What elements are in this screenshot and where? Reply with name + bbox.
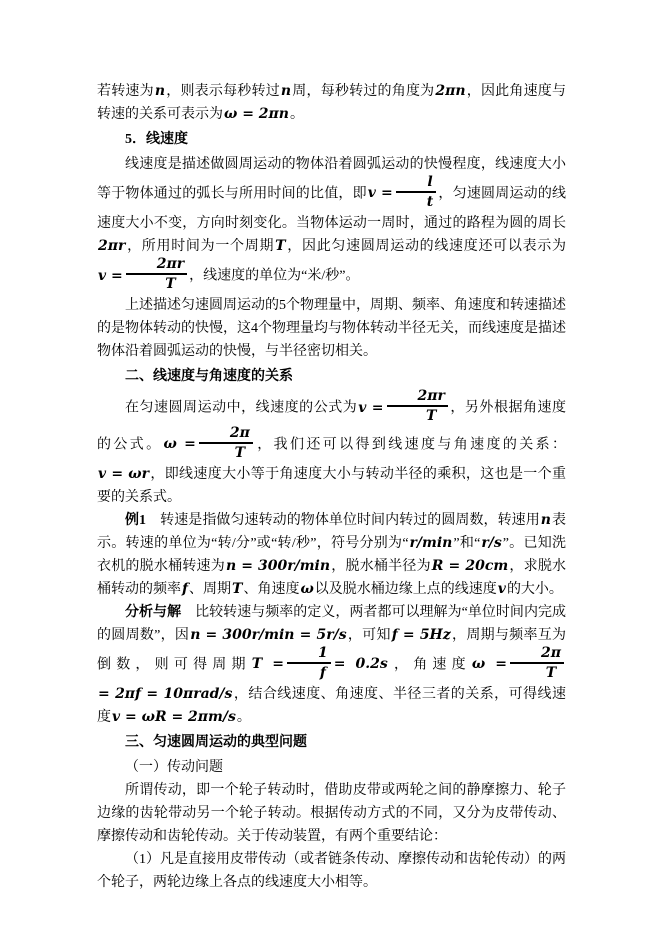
paragraph: 在匀速圆周运动中，线速度的公式为v =2πrT，另外根据角速度的公式。ω =2π… — [97, 390, 566, 508]
math-inline: f = 5Hz — [391, 627, 452, 643]
text-run: ，我们还可以得到线速度与角速度的关系： — [255, 437, 566, 452]
fraction-denominator: t — [396, 191, 436, 210]
text-run: （一）传动问题 — [125, 760, 223, 775]
document-page: 若转速为n，则表示每秒转过n周，每秒转过的角度为2πn，因此角速度与转速的关系可… — [0, 0, 661, 935]
bold-text-run: 5．线速度 — [125, 132, 188, 147]
bold-text-run: 三、匀速圆周运动的典型问题 — [125, 735, 307, 750]
fraction-denominator: T — [387, 405, 448, 424]
text-run: ，即线速度大小等于角速度大小与转动半径的乘积，这也是一个重要的关系式。 — [97, 467, 566, 505]
fraction-numerator: 2π — [199, 425, 253, 442]
fraction-denominator: T — [510, 662, 564, 681]
paragraph: 线速度是描述做圆周运动的物体沿着圆弧运动的快慢程度，线速度大小等于物体通过的弧长… — [97, 153, 566, 294]
text-run: 上述描述匀速圆周运动的5个物理量中，周期、频率、角速度和转速描述的是物体转动的快… — [97, 298, 566, 359]
fraction-numerator: 2π — [510, 645, 564, 662]
text-run: 转速是指做匀速转动的物体单位时间内转过的圆周数，转速用 — [146, 513, 540, 528]
text-run: ，可知 — [348, 628, 391, 643]
fraction-numerator: 1 — [287, 645, 331, 662]
math-inline: n = 300r/min = 5r/s — [189, 627, 347, 643]
paragraph: 若转速为n，则表示每秒转过n周，每秒转过的角度为2πn，因此角速度与转速的关系可… — [97, 80, 566, 126]
math-fraction: 2πrT — [387, 388, 448, 424]
document-body: 若转速为n，则表示每秒转过n周，每秒转过的角度为2πn，因此角速度与转速的关系可… — [97, 80, 566, 894]
paragraph: 所谓传动，即一个轮子转动时，借助皮带或两轮之间的静摩擦力、轮子边缘的齿轮带动另一… — [97, 779, 566, 848]
math-fraction: 1f — [287, 645, 331, 681]
fraction-denominator: f — [287, 662, 331, 681]
text-run: 。 — [237, 710, 251, 725]
math-inline: v = — [367, 185, 394, 201]
math-inline: r/min — [409, 535, 454, 551]
math-inline: v — [497, 581, 507, 597]
text-run: 、角速度 — [243, 582, 299, 597]
text-run: ，线速度的单位为“米/秒”。 — [189, 269, 359, 284]
math-inline: 2πr — [97, 238, 126, 254]
section-heading: 二、线速度与角速度的关系 — [97, 365, 566, 388]
fraction-numerator: l — [396, 174, 436, 191]
text-run: 周，每秒转过的角度为 — [292, 84, 434, 99]
math-fraction: 2πT — [199, 425, 253, 461]
math-inline: 2πn — [434, 83, 466, 99]
math-inline: ω = — [471, 656, 508, 672]
math-inline: ω — [299, 581, 314, 597]
paragraph: （一）传动问题 — [97, 756, 566, 779]
math-fraction: lt — [396, 174, 436, 210]
math-inline: n — [540, 512, 552, 528]
math-inline: v = — [357, 400, 384, 416]
paragraph: 例1 转速是指做匀速转动的物体单位时间内转过的圆周数，转速用n表示。转速的单位为… — [97, 509, 566, 601]
text-run: 所谓传动，即一个轮子转动时，借助皮带或两轮之间的静摩擦力、轮子边缘的齿轮带动另一… — [97, 783, 566, 844]
math-inline: T — [274, 238, 286, 254]
text-run: 以及脱水桶边缘上点的线速度 — [315, 582, 497, 597]
bold-text-run: 分析与解 — [125, 605, 181, 620]
math-inline: v = — [97, 268, 124, 284]
text-run: ，角速度 — [389, 657, 471, 672]
text-run: ，脱水桶半径为 — [331, 559, 431, 574]
math-inline: R = 20cm — [431, 558, 509, 574]
text-run: 。 — [290, 107, 304, 122]
section-heading: 三、匀速圆周运动的典型问题 — [97, 731, 566, 754]
section-heading: 5．线速度 — [97, 128, 566, 151]
text-run: 、周期 — [189, 582, 231, 597]
text-run: 在匀速圆周运动中，线速度的公式为 — [125, 401, 357, 416]
text-run: 的大小。 — [507, 582, 563, 597]
math-inline: T — [231, 581, 243, 597]
fraction-denominator: T — [126, 273, 187, 292]
fraction-numerator: 2πr — [126, 256, 187, 273]
math-inline: ω = 2πn — [223, 106, 290, 122]
math-inline: n — [154, 83, 166, 99]
math-inline: n — [280, 83, 292, 99]
math-inline: = 2πf = 10πrad/s — [97, 686, 233, 702]
fraction-numerator: 2πr — [387, 388, 448, 405]
paragraph: 上述描述匀速圆周运动的5个物理量中，周期、频率、角速度和转速描述的是物体转动的快… — [97, 294, 566, 363]
fraction-denominator: T — [199, 442, 253, 461]
math-inline: n = 300r/min — [225, 558, 331, 574]
text-run: ”和“ — [453, 536, 480, 551]
math-inline: ω = — [163, 436, 197, 452]
math-inline: v = ωr — [97, 466, 150, 482]
math-inline: v = ωR = 2πm/s — [111, 709, 237, 725]
paragraph: 分析与解 比较转速与频率的定义，两者都可以理解为“单位时间内完成的圆周数”，因n… — [97, 601, 566, 729]
math-fraction: 2πrT — [126, 256, 187, 292]
text-run: ，所用时间为一个周期 — [126, 239, 274, 254]
math-inline: f — [181, 581, 189, 597]
text-run: （1）凡是直接用皮带传动（或者链条传动、摩擦传动和齿轮传动）的两个轮子，两轮边缘… — [97, 852, 566, 890]
math-fraction: 2πT — [510, 645, 564, 681]
math-inline: r/s — [480, 535, 502, 551]
text-run: ，则表示每秒转过 — [166, 84, 280, 99]
paragraph: （1）凡是直接用皮带传动（或者链条传动、摩擦传动和齿轮传动）的两个轮子，两轮边缘… — [97, 848, 566, 894]
text-run: ，因此匀速圆周运动的线速度还可以表示为 — [287, 239, 566, 254]
text-run: 若转速为 — [97, 84, 154, 99]
math-inline: T = — [251, 656, 285, 672]
bold-text-run: 例1 — [125, 513, 146, 528]
math-inline: = 0.2s — [333, 656, 389, 672]
bold-text-run: 二、线速度与角速度的关系 — [125, 369, 293, 384]
